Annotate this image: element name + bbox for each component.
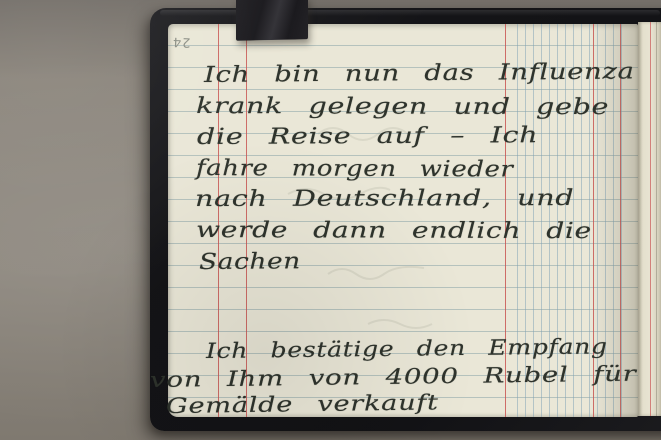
handwriting-line: die Reise auf – Ich (197, 123, 539, 150)
handwriting-line: werde dann endlich die (196, 218, 592, 244)
page-stack-edge (638, 22, 661, 416)
photo-background: 24 Ich bin nun das Influenzakrank gelege… (0, 0, 661, 440)
page-edge-crease (656, 22, 657, 416)
handwriting-line: fahre morgen wieder (196, 156, 514, 182)
notebook-cover-top-edge (160, 10, 660, 16)
handwriting-line: Ich bestätige den Empfang (206, 334, 608, 363)
handwriting-line: krank gelegen und gebe (196, 94, 609, 120)
handwriting-line: Ich bin nun das Influenza (204, 59, 635, 88)
handwriting-line: nach Deutschland, und (195, 186, 574, 212)
handwriting-line: Gemälde verkauft (166, 390, 439, 418)
page-number: 24 (172, 34, 191, 50)
bookmark-ribbon (236, 0, 308, 41)
page-edge-red-line (650, 22, 651, 416)
handwriting-line: Sachen (199, 249, 301, 275)
